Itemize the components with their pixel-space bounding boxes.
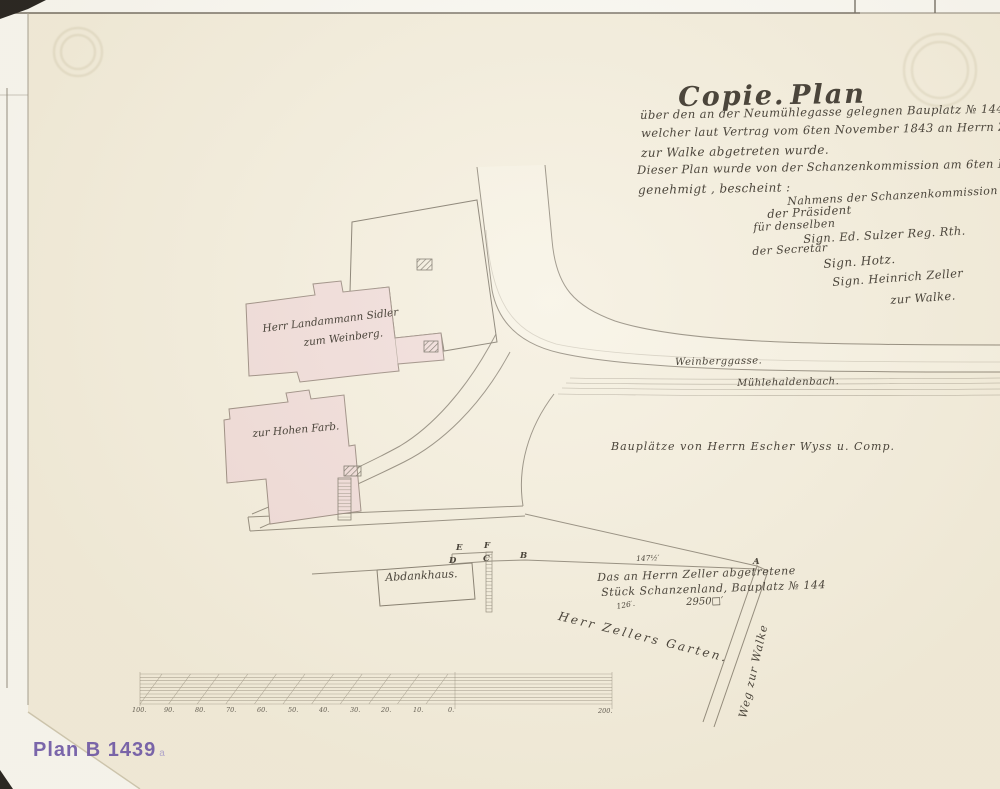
label-abdankhaus: Abdankhaus. [385,568,458,583]
corner-mark-bottom-left [0,770,13,789]
approval-line-5: genehmigt , bescheint : [638,181,791,196]
scale-tick: 30. [350,706,360,714]
point-f: F [484,542,490,551]
scale-tick: 40. [319,706,329,714]
scale-tick: 10. [413,706,423,714]
scale-tick: 90. [164,706,174,714]
point-e: E [456,544,462,553]
point-a: A [753,558,760,567]
measurement-147: 147½′ [636,554,660,562]
label-weinberggasse: Weinberggasse. [675,356,762,368]
point-d: D [449,557,456,566]
point-b: B [520,552,527,561]
archive-stamp-suffix: a [159,748,166,759]
archive-stamp: Plan B 1439a [33,739,166,762]
scale-tick: 100. [132,706,146,714]
scale-tick: 20. [381,706,391,714]
approval-line-3: zur Walke abgetreten wurde. [641,144,829,159]
scale-tick: 50. [288,706,298,714]
label-muehlehaldenbach: Mühlehaldenbach. [737,377,839,389]
scale-tick: 70. [226,706,236,714]
scale-tick: 60. [257,706,267,714]
plan-linework [0,0,1000,789]
scale-end-label: 200. [598,707,612,715]
archive-stamp-text: Plan B 1439 [33,739,156,761]
scale-tick: 80. [195,706,205,714]
scanned-plan-page: Copie. Plan über den an der Neumühlegass… [0,0,1000,789]
scale-tick: 0. [448,706,454,714]
label-bauplaetze-escher-wyss: Bauplätze von Herrn Escher Wyss u. Comp. [611,441,895,452]
label-zeller-plot-area: 2950□′ [686,597,723,608]
point-c: C [483,555,490,564]
